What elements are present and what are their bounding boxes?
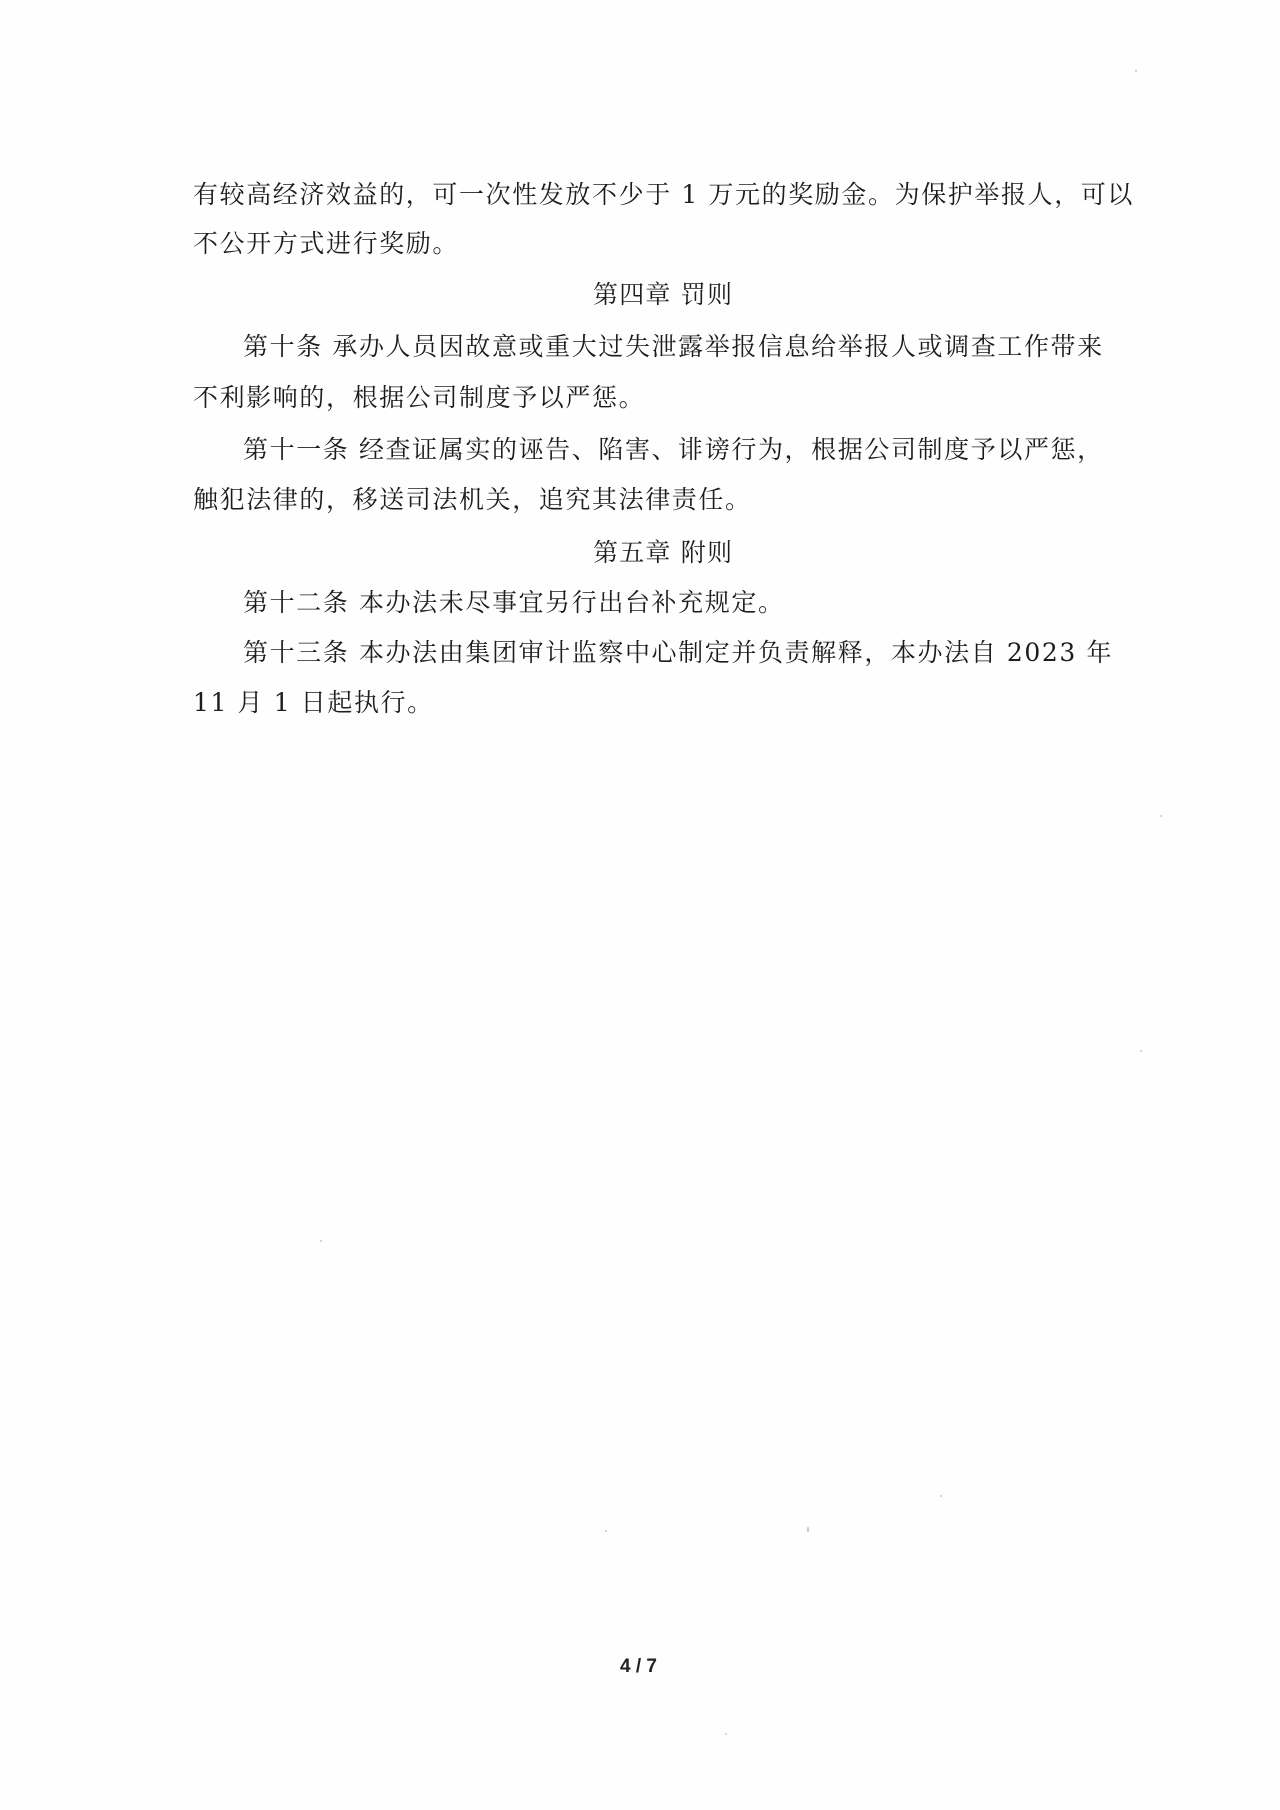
article-12-line-1: 第十二条 本办法未尽事宜另行出台补充规定。 bbox=[243, 588, 1143, 618]
scan-speck bbox=[807, 1527, 809, 1532]
scan-speck bbox=[1135, 70, 1137, 72]
article-13-line-1: 第十三条 本办法由集团审计监察中心制定并负责解释，本办法自 2023 年 bbox=[243, 638, 1143, 668]
article-10-line-1: 第十条 承办人员因故意或重大过失泄露举报信息给举报人或调查工作带来 bbox=[243, 332, 1143, 362]
page-number: 4 / 7 bbox=[620, 1655, 670, 1679]
scan-speck bbox=[1160, 815, 1162, 817]
paragraph-continuation-line: 有较高经济效益的，可一次性发放不少于 1 万元的奖励金。为保护举报人，可以 bbox=[193, 180, 1093, 210]
scan-speck bbox=[940, 1495, 942, 1497]
paragraph-continuation-line: 不公开方式进行奖励。 bbox=[193, 229, 1093, 259]
scan-speck bbox=[320, 1240, 322, 1242]
article-11-line-2: 触犯法律的，移送司法机关，追究其法律责任。 bbox=[193, 485, 1093, 515]
chapter-5-heading: 第五章 附则 bbox=[593, 538, 753, 568]
document-page: 有较高经济效益的，可一次性发放不少于 1 万元的奖励金。为保护举报人，可以 不公… bbox=[0, 0, 1280, 1810]
scan-speck bbox=[725, 1733, 727, 1735]
scan-speck bbox=[605, 1530, 607, 1532]
scan-speck bbox=[1140, 1050, 1142, 1052]
article-10-line-2: 不利影响的，根据公司制度予以严惩。 bbox=[193, 383, 1093, 413]
article-13-line-2: 11 月 1 日起执行。 bbox=[193, 688, 1093, 718]
chapter-4-heading: 第四章 罚则 bbox=[593, 280, 753, 310]
article-11-line-1: 第十一条 经查证属实的诬告、陷害、诽谤行为，根据公司制度予以严惩， bbox=[243, 435, 1143, 465]
